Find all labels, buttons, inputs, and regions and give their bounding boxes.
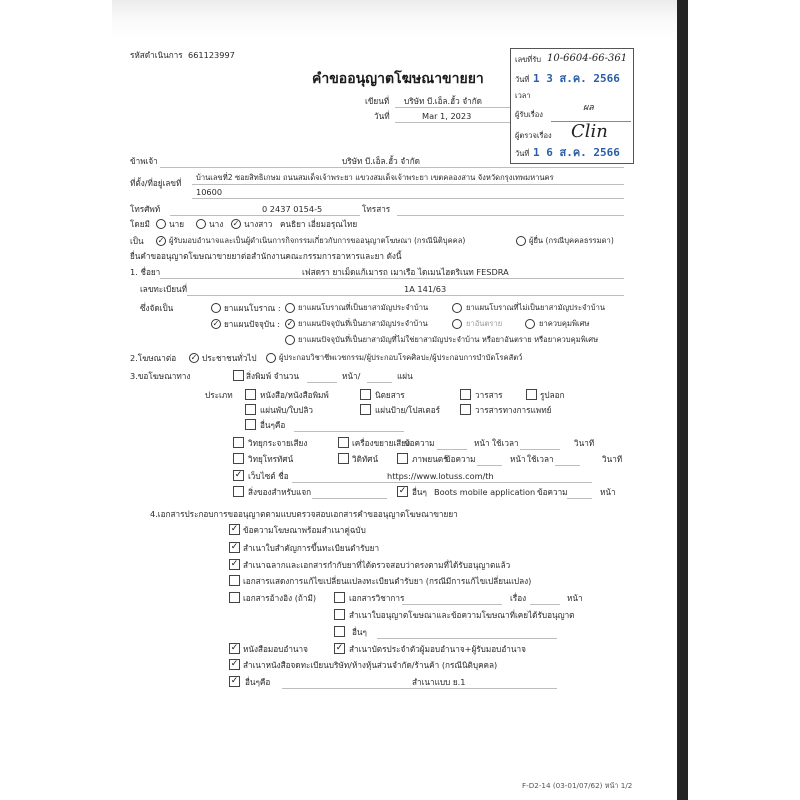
type-medical-journal-checkbox[interactable] (460, 404, 471, 415)
as-label: เป็น (130, 237, 144, 245)
received-date-label: วันที่ (515, 76, 529, 84)
academic-label: เอกสารวิชาการ (349, 594, 404, 602)
type-magazine-checkbox[interactable] (360, 389, 371, 400)
radio-broadcast-label: วิทยุกระจายเสียง (248, 439, 307, 447)
loudspeaker-duration-label: ใช้เวลา (492, 439, 519, 447)
prev-license-checkbox[interactable] (334, 609, 345, 620)
movie-duration-label: ใช้เวลา (527, 455, 554, 463)
movie-checkbox[interactable] (397, 453, 408, 464)
type-brochure-checkbox[interactable] (245, 404, 256, 415)
doc-registration-checkbox[interactable]: ✓ (229, 542, 240, 553)
written-at: บริษัท บี.เอ็ล.ฮั้ว จำกัด (404, 97, 482, 105)
phone: 0 2437 0154-5 (262, 205, 322, 213)
power-of-attorney-checkbox[interactable]: ✓ (229, 643, 240, 654)
doc-ad-text-checkbox[interactable]: ✓ (229, 524, 240, 535)
role-individual-label: ผู้ยื่น (กรณีบุคคลธรรมดา) (529, 237, 614, 245)
type-other-checkbox[interactable] (245, 419, 256, 430)
modern-other-label: ยาแผนปัจจุบันที่เป็นยาสามัญที่ไม่ใช่ยาสา… (298, 336, 598, 344)
loudspeaker-label: เครื่องขยายเสียง (352, 439, 410, 447)
title-mr-label: นาย (169, 220, 184, 228)
other-media-message-label: ข้อความ (537, 488, 568, 496)
date-label: วันที่ (374, 112, 390, 120)
trad-non-household-radio[interactable] (452, 303, 462, 313)
print-label: สิ่งพิมพ์ จำนวน (246, 372, 299, 380)
website-label: เว็บไซต์ ชื่อ (248, 472, 289, 480)
role-radio-attorney[interactable]: ✓ (156, 236, 166, 246)
loudspeaker-message-label: ข้อความ (404, 439, 435, 447)
submit-text: ยื่นคำขออนุญาตโฆษณาขายยาต่อสำนักงานคณะกร… (130, 252, 402, 260)
type-poster-label: แผ่นป้าย/โปสเตอร์ (375, 406, 440, 414)
doc-registration-label: สำเนาใบสำคัญการขึ้นทะเบียนตำรับยา (243, 544, 379, 552)
modern-label: ยาแผนปัจจุบัน : (224, 320, 280, 328)
modern-other-radio[interactable] (285, 335, 295, 345)
type-book-checkbox[interactable] (245, 389, 256, 400)
doc-ad-text-label: ข้อความโฆษณาพร้อมสำเนาคู่ฉบับ (243, 526, 366, 534)
process-code: 661123997 (188, 51, 235, 59)
tv-checkbox[interactable] (233, 453, 244, 464)
title-mrs-label: นาง (209, 220, 223, 228)
fax-label: โทรสาร (362, 205, 390, 213)
other-media-value: Boots mobile application (434, 488, 535, 496)
special-control-label: ยาควบคุมพิเศษ (539, 320, 589, 328)
modern-household-label: ยาแผนปัจจุบันที่เป็นยาสามัญประจำบ้าน (298, 320, 428, 328)
prev-license-label: สำเนาใบอนุญาตโฆษณาและข้อความโฆษณาที่เคยไ… (349, 611, 575, 619)
movie-page-label: หน้า (510, 455, 526, 463)
phone-label: โทรศัพท์ (130, 205, 160, 213)
print-unit-sheet: แผ่น (397, 372, 413, 380)
dangerous-label: ยาอันตราย (466, 320, 502, 328)
receiver-label: ผู้รับเรื่อง (515, 111, 543, 119)
receipt-no: 10-6604-66-361 (547, 54, 627, 64)
address-line2: 10600 (196, 188, 222, 196)
role-radio-individual[interactable] (516, 236, 526, 246)
reference-label: เอกสารอ้างอิง (ถ้ามี) (243, 594, 316, 602)
reg-no: 1A 141/63 (404, 285, 446, 293)
title-radio-miss[interactable]: ✓ (231, 219, 241, 229)
other-media-checkbox[interactable]: ✓ (397, 486, 408, 497)
ref-other-checkbox[interactable] (334, 626, 345, 637)
drug-name: เฟสดรา ยาเม็ดแก้เมารถ เมาเรือ ไดเมนไฮดริ… (302, 268, 509, 276)
audience-professional-radio[interactable] (266, 353, 276, 363)
checked-date: 1 6 ส.ค. 2566 (533, 147, 620, 158)
title-radio-mr[interactable] (156, 219, 166, 229)
modern-household-radio[interactable]: ✓ (285, 319, 295, 329)
doc-amendment-label: เอกสารแสดงการแก้ไขเปลี่ยนแปลงทะเบียนตำรั… (243, 577, 531, 585)
written-at-label: เขียนที่ (365, 97, 389, 105)
type-journal-label: วารสาร (475, 391, 503, 399)
address-label: ที่ตั้ง/ที่อยู่เลขที่ (130, 179, 181, 187)
doc-label-label: สำเนาฉลากและเอกสารกำกับยาที่ได้ตรวจสอบว่… (243, 561, 510, 569)
special-control-radio[interactable] (525, 319, 535, 329)
website-url: https://www.lotuss.com/th (387, 472, 494, 480)
tv-label: วิทยุโทรทัศน์ (248, 455, 293, 463)
traditional-radio[interactable] (211, 303, 221, 313)
type-brochure-label: แผ่นพับ/ใบปลิว (260, 406, 313, 414)
person-name: คนธิยา เอี่ยมอรุณไทย (280, 220, 357, 228)
print-unit-page: หน้า/ (342, 372, 360, 380)
print-checkbox[interactable] (233, 370, 244, 381)
trad-household-radio[interactable] (285, 303, 295, 313)
address-line1: บ้านเลขที่2 ซอยสิทธิเกษม ถนนสมเด็จเจ้าพร… (196, 174, 554, 182)
audience-professional-label: ผู้ประกอบวิชาชีพเวชกรรม/ผู้ประกอบโรคศิลป… (279, 354, 522, 362)
checker-signature: Clin (571, 123, 608, 141)
type-medical-journal-label: วารสารทางการแพทย์ (475, 406, 551, 414)
video-label: วิดิทัศน์ (352, 455, 378, 463)
trad-household-label: ยาแผนโบราณที่เป็นยาสามัญประจำบ้าน (298, 304, 428, 312)
website-checkbox[interactable]: ✓ (233, 470, 244, 481)
doc-other-label: อื่นๆคือ (245, 678, 270, 686)
footer-form-code: F-D2-14 (03-01/07/62) หน้า 1/2 (522, 782, 632, 789)
receiver-signature: ผล (583, 104, 594, 113)
drug-name-label: 1. ชื่อยา (130, 268, 160, 276)
section4-label: 4.เอกสารประกอบการขออนุญาตตามแบบตรวจสอบเอ… (150, 510, 458, 518)
academic-page-label: หน้า (567, 594, 583, 602)
document-title: คำขออนุญาตโฆษณาขายยา (312, 72, 484, 86)
company-reg-label: สำเนาหนังสือจดทะเบียนบริษัท/ห้างหุ้นส่วน… (243, 661, 497, 669)
by-label: โดยมี (130, 220, 150, 228)
type-poster-checkbox[interactable] (360, 404, 371, 415)
movie-seconds-label: วินาที (602, 455, 622, 463)
traditional-label: ยาแผนโบราณ : (224, 304, 281, 312)
id-copy-checkbox[interactable]: ✓ (334, 643, 345, 654)
checker-label: ผู้ตรวจเรื่อง (515, 132, 552, 140)
classified-label: ซึ่งจัดเป็น (140, 304, 173, 312)
scan-edge-strip (677, 0, 688, 800)
type-magazine-label: นิตยสาร (375, 391, 405, 399)
other-media-page-label: หน้า (600, 488, 616, 496)
applicant-label: ข้าพเจ้า (130, 157, 158, 165)
receipt-no-label: เลขที่รับ (515, 56, 541, 64)
process-code-label: รหัสดำเนินการ (130, 51, 183, 59)
doc-label-checkbox[interactable]: ✓ (229, 559, 240, 570)
doc-other-checkbox[interactable]: ✓ (229, 676, 240, 687)
company-reg-checkbox[interactable]: ✓ (229, 659, 240, 670)
giveaway-label: สิ่งของสำหรับแจก (248, 488, 311, 496)
power-of-attorney-label: หนังสือมอบอำนาจ (243, 645, 308, 653)
radio-broadcast-checkbox[interactable] (233, 437, 244, 448)
applicant-name: บริษัท บี.เอ็ล.ฮั้ว จำกัด (342, 157, 420, 165)
section2-label: 2.โฆษณาต่อ (130, 354, 176, 362)
title-miss-label: นางสาว (244, 220, 272, 228)
doc-amendment-checkbox[interactable] (229, 575, 240, 586)
type-decal-label: รูปลอก (540, 391, 565, 399)
dangerous-radio[interactable] (452, 319, 462, 329)
role-attorney-label: ผู้รับมอบอำนาจและเป็นผู้ดำเนินการกิจกรรม… (169, 237, 465, 245)
other-media-label: อื่นๆ (412, 488, 427, 496)
type-label: ประเภท (205, 391, 233, 399)
id-copy-label: สำเนาบัตรประจำตัวผู้มอบอำนาจ+ผู้รับมอบอำ… (349, 645, 526, 653)
reg-no-label: เลขทะเบียนที่ (140, 285, 187, 293)
loudspeaker-page-label: หน้า (474, 439, 490, 447)
type-other-label: อื่นๆคือ (260, 421, 285, 429)
video-checkbox[interactable] (338, 453, 349, 464)
ref-other-label: อื่นๆ (352, 628, 367, 636)
time-label: เวลา (515, 92, 531, 100)
loudspeaker-checkbox[interactable] (338, 437, 349, 448)
academic-topic-label: เรื่อง (510, 594, 526, 602)
modern-radio[interactable]: ✓ (211, 319, 221, 329)
doc-other-value: สำเนาแบบ ย.1 (412, 678, 465, 686)
giveaway-checkbox[interactable] (233, 486, 244, 497)
section3-label: 3.ขอโฆษณาทาง (130, 372, 190, 380)
audience-public-radio[interactable]: ✓ (189, 353, 199, 363)
movie-label: ภาพยนตร์ (412, 455, 448, 463)
checked-date-label: วันที่ (515, 150, 529, 158)
type-book-label: หนังสือ/หนังสือพิมพ์ (260, 391, 329, 399)
reference-checkbox[interactable] (229, 592, 240, 603)
movie-message-label: ข้อความ (445, 455, 476, 463)
trad-non-household-label: ยาแผนโบราณที่ไม่เป็นยาสามัญประจำบ้าน (466, 304, 605, 312)
audience-public-label: ประชาชนทั่วไป (202, 354, 257, 362)
date: Mar 1, 2023 (422, 112, 471, 120)
loudspeaker-seconds-label: วินาที (574, 439, 594, 447)
type-journal-checkbox[interactable] (460, 389, 471, 400)
received-date: 1 3 ส.ค. 2566 (533, 73, 620, 84)
academic-checkbox[interactable] (334, 592, 345, 603)
title-radio-mrs[interactable] (196, 219, 206, 229)
receipt-stamp: เลขที่รับ 10-6604-66-361 วันที่ 1 3 ส.ค.… (510, 48, 634, 164)
type-decal-checkbox[interactable] (526, 389, 537, 400)
